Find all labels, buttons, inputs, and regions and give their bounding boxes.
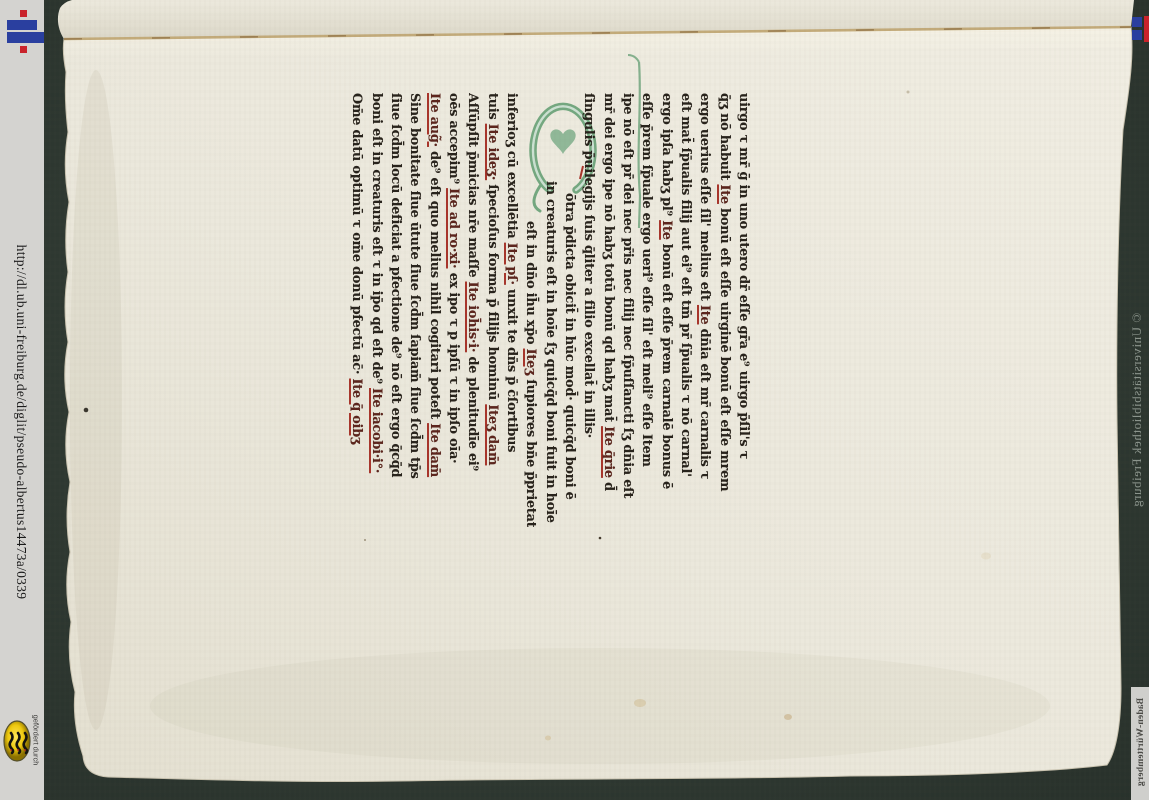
source-url-label: http://dl.ub.uni-freiburg.de/diglit/pseu…	[13, 245, 29, 600]
logo-red-bar	[1144, 16, 1149, 42]
text-line: inferioʒ cū excellētia Ite pſ· unxit te …	[502, 93, 521, 527]
scan-viewport: uirgo τ mr̄ ḡ in uno utero dr̄ eſſe gr̄a…	[0, 0, 1149, 800]
text-line: eſt mat̄ ſp̄ualis filij aut ei⁹ eſt tm̄ …	[676, 93, 695, 527]
logo-blue-square	[1132, 30, 1142, 40]
text-line: eſſe p̄rem ſp̄uale ergo ueri⁹ eſſe ſil' …	[637, 93, 656, 527]
text-line: ipe nō eſt pr̄ dei nec pr̄is nec filij n…	[618, 93, 637, 527]
copyright-label: © Universitätsbibliothek Freiburg	[1129, 313, 1145, 508]
text-block: uirgo τ mr̄ ḡ in uno utero dr̄ eſſe gr̄a…	[347, 93, 753, 527]
text-line: Om̄e datū optimū τ om̄e donū pfectū ac̄·…	[347, 93, 366, 527]
text-line: q̄ʒ nō habuit Ite bonū eſt eſſe uirginē …	[714, 93, 733, 527]
text-line: boni eſt in creaturis eſt τ in ip̄o qd e…	[366, 93, 385, 527]
logo-red-square	[20, 46, 27, 53]
text-line: tuis Ite ideʒ· ſpecioſus forma p̄ filijs…	[482, 93, 501, 527]
text-line: Aſſūpſit p̄micias nr̄e maſſe Ite ioh̄is·…	[463, 93, 482, 527]
text-line: in creaturis eſt in hoīe ſʒ quicq̄d boni…	[540, 93, 559, 527]
text-line: Ite aug̃· de⁹ eſt quo melius nihil cogit…	[424, 93, 443, 527]
logo-red-square	[20, 10, 27, 17]
funder-label: Baden-Württemberg	[1136, 698, 1146, 786]
logo-blue-bar	[7, 32, 44, 43]
text-line: eſt in dn̄o ih̄u xp̄o Iteʒ ſupiores bn̄e…	[521, 93, 540, 527]
logo-blue-bar	[7, 20, 37, 30]
text-line: ergo uerius eſſe ſil' melius eſt Ite dn̄…	[695, 93, 714, 527]
text-line: oēs accepim⁹ Ite ad ro·xi· ex ipo τ p ip…	[444, 93, 463, 527]
text-line: uirgo τ mr̄ ḡ in uno utero dr̄ eſſe gr̄a…	[734, 93, 753, 527]
logo-blue-square	[1132, 17, 1142, 27]
text-line: ergo ipſa habʒ pl⁹ Ite bonū eſt eſſe p̄r…	[656, 93, 675, 527]
text-line: ſiue ſcd̄m locū deficiat a pfectione de⁹…	[386, 93, 405, 527]
text-line: Sine bonitate ſiue ūtute ſiue ſcd̄m ſapi…	[405, 93, 424, 527]
text-line: ōtra p̄dicta obicit̄ in hūc mod̄· quicq̄…	[560, 93, 579, 527]
text-line: ſingulis p̄uilegijs ſuis q̄liter a filio…	[579, 93, 598, 527]
text-line: mr̄ dei ergo ipe nō habʒ totū bonū qd ha…	[598, 93, 617, 527]
bw-coat-of-arms	[2, 719, 34, 765]
funded-by-label: gefördert durch	[32, 715, 41, 766]
